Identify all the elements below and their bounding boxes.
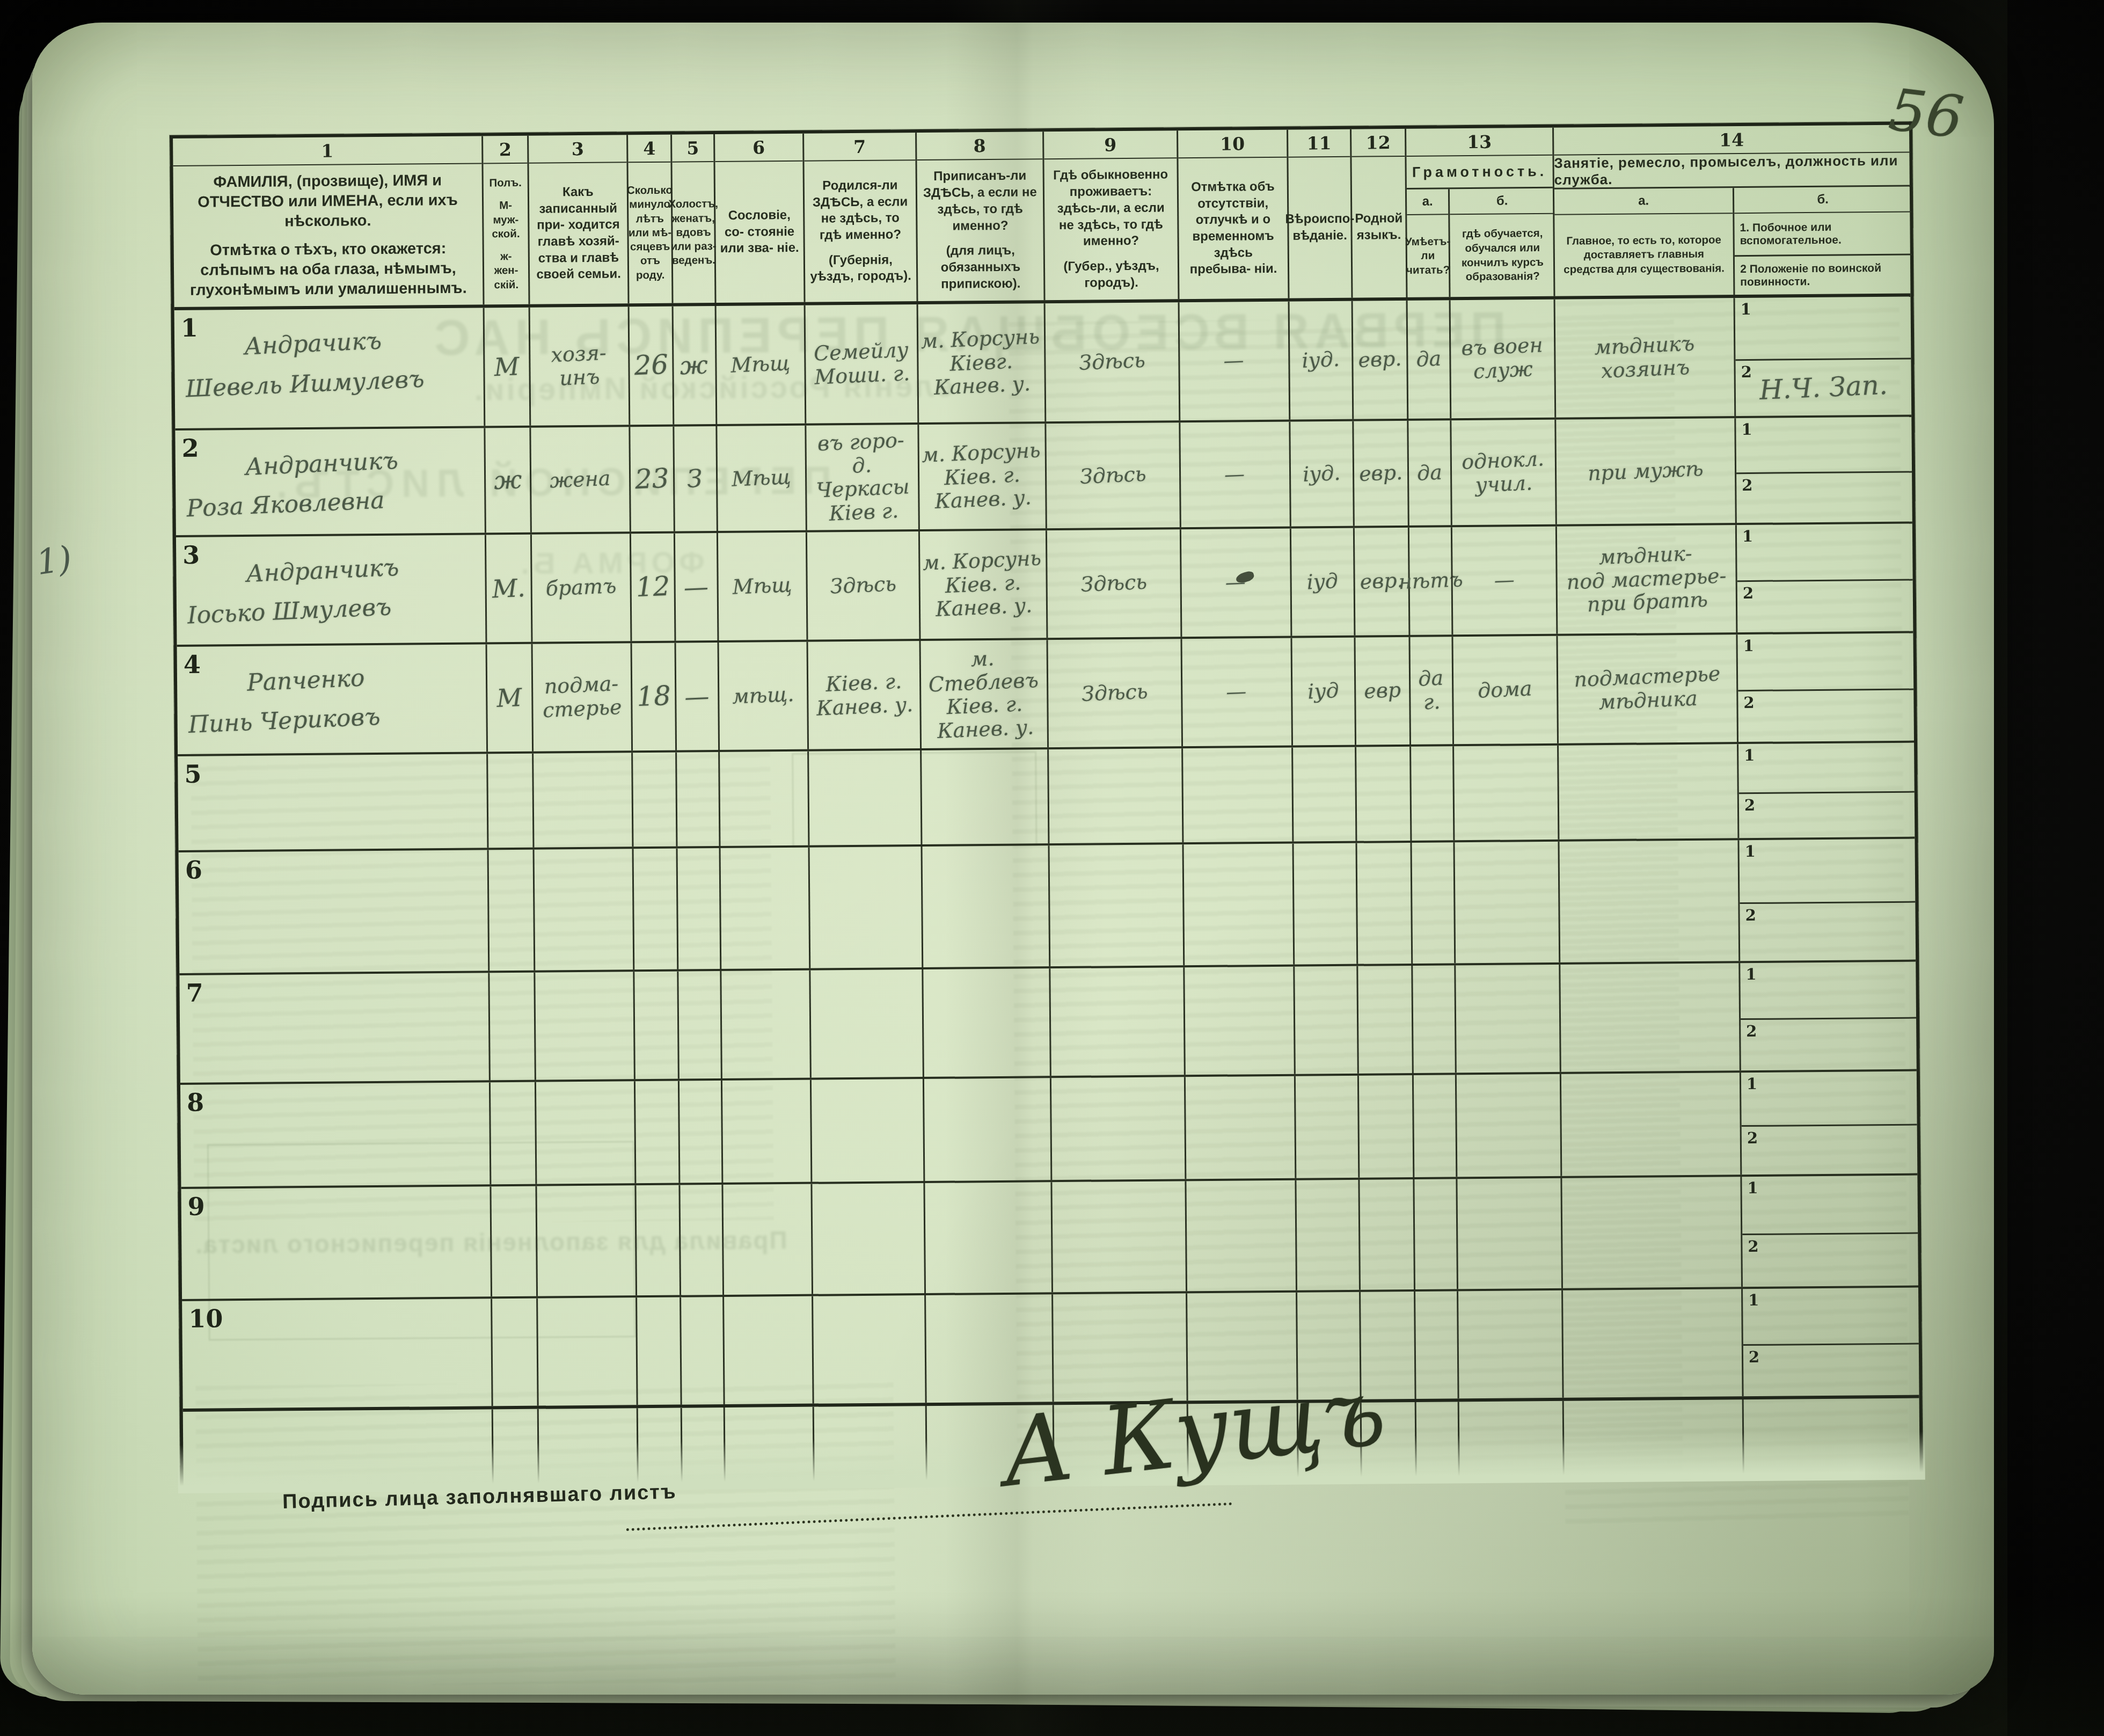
handwritten-entry: Мѣщ [730, 352, 791, 377]
cell-occupation: подмастерье мѣдника [1556, 634, 1737, 743]
cell-name: 3АндранчикъІосько Шмулевъ [176, 535, 486, 645]
handwritten-entry: въ горо- д. Черкасы Кіев г. [807, 428, 917, 527]
header-text: Сословіе, со- стояніе или зва- ніе. [720, 207, 799, 257]
printed-sub-number: 2 [1742, 476, 1752, 494]
printed-sub-number: 2 [1747, 1129, 1758, 1147]
cell-reads [1414, 1291, 1458, 1399]
edge-shading [0, 1596, 2104, 1736]
occupation-subcol-a: а. Главное, то есть то, которое доставля… [1554, 188, 1735, 296]
printed-sub-number: 1 [1741, 420, 1752, 439]
cell-occupation [1557, 744, 1737, 840]
cell-estate: Мѣщ [715, 426, 806, 531]
subcol-text: гдѣ обучается, обучался или кончилъ курс… [1450, 214, 1555, 297]
cell-language [1355, 747, 1410, 841]
cell-estate: Мѣщ [717, 533, 807, 640]
handwritten-entry: 18 [636, 681, 671, 713]
cell-language: евр [1354, 637, 1409, 745]
cell-religion [1291, 747, 1355, 842]
cell-school: въ воен служ [1449, 300, 1555, 419]
handwritten-entry: Семейлу Моши. г. [813, 338, 910, 389]
handwritten-entry: мѣдникъ хозяинъ [1594, 332, 1696, 383]
handwritten-entry: Мѣщ [732, 573, 792, 599]
row-number: 3 [182, 541, 200, 570]
cell-estate [720, 971, 810, 1078]
literacy-title: Грамотность. [1406, 156, 1552, 189]
cell-language [1358, 1179, 1414, 1290]
handwritten-entry: да [1416, 461, 1443, 485]
literacy-subcol-b: б. гдѣ обучается, обучался или кончилъ к… [1450, 188, 1555, 297]
printed-sub-number: 2 [1743, 694, 1754, 712]
cell-sex: ж [484, 428, 530, 533]
cell-age [635, 1297, 681, 1405]
scanned-census-page: ПЕРВАЯ ВСЕОБЩАЯ ПЕРЕПИСЬ НАС еленія Росс… [0, 0, 2104, 1736]
cell-sex: М [486, 644, 532, 752]
handwritten-entry: — [684, 682, 711, 711]
row-number: 10 [188, 1304, 223, 1333]
cell-reads [1413, 1179, 1457, 1289]
cell-language: евр. [1352, 421, 1408, 526]
name-line-2: Пинь Чериковъ [188, 703, 381, 739]
cell-relation [535, 1081, 634, 1184]
header-text: Сколько минуло лѣтъ или мѣ- сяцевъ отъ р… [627, 184, 673, 282]
handwritten-entry: Мѣщ [731, 465, 791, 491]
handwritten-entry: евр [1363, 679, 1401, 704]
printed-sub-number: 1 [1742, 527, 1753, 545]
cell-born: Семейлу Моши. г. [804, 304, 918, 424]
cell-estate [721, 1184, 812, 1295]
column-number: 4 [628, 135, 670, 163]
column-number: 14 [1554, 125, 1909, 156]
handwritten-entry: подма- стерье [542, 672, 623, 723]
handwritten-entry: Кіев. г. Канев. у. [815, 669, 914, 720]
header-text: Отмѣтка объ отсутствіи, отлучкѣ и о врем… [1183, 179, 1283, 279]
subcol-text: Умѣетъ- ли читать? [1407, 215, 1449, 297]
cell-absence: — [1180, 529, 1291, 637]
name-line-1: Андранчикъ [245, 555, 399, 588]
cell-marital [677, 971, 721, 1079]
printed-sub-number: 1 [1748, 1291, 1759, 1309]
row-number: 5 [184, 760, 201, 789]
cell-marital [676, 848, 720, 969]
printed-sub-number: 2 [1741, 363, 1751, 381]
column-number: 12 [1351, 129, 1405, 157]
cell-sex [491, 1299, 537, 1406]
cell-name: 6 [179, 850, 488, 973]
handwritten-entry: мѣщ. [732, 683, 794, 709]
column-number: 1 [173, 136, 481, 166]
printed-sub-number: 2 [1746, 1022, 1757, 1040]
row-number: 6 [185, 856, 202, 885]
handwritten-entry: ж [680, 351, 710, 380]
cell-reads [1411, 965, 1455, 1073]
header-col-age: 4 Сколько минуло лѣтъ или мѣ- сяцевъ отъ… [626, 135, 671, 304]
subcol-text: Главное, то есть то, которое доставляетъ… [1554, 214, 1733, 296]
cell-school [1457, 1290, 1562, 1399]
cell-relation [534, 972, 634, 1079]
subcol-label: б. [1450, 188, 1554, 215]
name-line-1: Рапченко [246, 665, 365, 697]
printed-sub-number: 2 [1743, 584, 1754, 602]
cell-school [1456, 1178, 1561, 1289]
cell-born [810, 1079, 923, 1182]
handwritten-entry: З [686, 464, 704, 493]
cell-language [1356, 966, 1412, 1074]
column-number: 2 [483, 136, 527, 164]
cell-school [1454, 965, 1560, 1073]
cell-sex: М. [485, 535, 531, 643]
cell-language: евр. [1351, 301, 1407, 419]
cell-religion: іуд. [1289, 421, 1353, 527]
cell-born [810, 1183, 924, 1294]
cell-sex [486, 754, 532, 848]
header-text: Какъ записанный при- ходится главѣ хозяй… [534, 184, 623, 283]
handwritten-entry: М [496, 683, 523, 713]
printed-sub-number: 1 [1747, 1075, 1757, 1093]
header-col-birthplace: 7 Родился-ли ЗДѢСЬ, а если не здѣсь, то … [802, 133, 916, 302]
handwritten-entry: — [1494, 568, 1515, 593]
cell-estate [718, 752, 808, 846]
handwritten-entry: мѣдник- под мастерье- при братѣ [1565, 541, 1728, 618]
printed-sub-number: 1 [1744, 746, 1755, 764]
handwritten-entry: евр. [1358, 461, 1403, 486]
row-number: 4 [184, 650, 201, 679]
row-number: 7 [186, 979, 203, 1008]
handwritten-entry: однокл. учил. [1461, 447, 1545, 498]
header-col-literacy: 13 Грамотность. а. Умѣетъ- ли читать? б.… [1405, 128, 1553, 297]
header-note: М-муж-ской. [488, 199, 524, 241]
cell-absence [1184, 1076, 1295, 1179]
cell-sex: М [483, 308, 530, 426]
cell-name: 8 [180, 1082, 490, 1187]
cell-school [1452, 746, 1558, 841]
cell-age: 26 [628, 307, 673, 425]
cell-religion: іуд. [1288, 301, 1353, 420]
cell-absence: — [1179, 422, 1290, 528]
literacy-subcol-a: а. Умѣетъ- ли читать? [1407, 189, 1451, 297]
cell-relation [535, 1185, 635, 1296]
cell-age: 18 [631, 643, 676, 751]
header-col-language: 12 Родной языкъ. [1350, 129, 1406, 298]
handwritten-entry: подмастерье мѣдника [1573, 662, 1721, 716]
printed-sub-number: 1 [1743, 637, 1754, 655]
cell-name: 9 [181, 1186, 491, 1299]
handwritten-entry: — [683, 572, 710, 602]
header-text: Холостъ, женатъ, вдовъ или раз- веденъ. [668, 197, 719, 268]
cell-age [633, 972, 678, 1079]
cell-age [632, 849, 677, 970]
handwritten-entry: братъ [545, 574, 617, 601]
cell-name: 2АндранчикъРоза Яковлевна [175, 428, 485, 535]
cell-estate [722, 1296, 813, 1404]
column-number: 3 [529, 135, 626, 163]
column-number: 13 [1406, 128, 1552, 157]
cell-marital: ж [672, 306, 716, 425]
cell-absence [1185, 1180, 1296, 1292]
cell-religion: іуд [1290, 638, 1355, 746]
column-number: 6 [715, 134, 802, 162]
cell-absence: — [1178, 302, 1289, 421]
cell-born [812, 1295, 925, 1404]
handwritten-entry: жена [550, 466, 611, 492]
header-note: ж-жен-скій. [488, 250, 524, 292]
cell-occupation [1560, 1177, 1741, 1288]
cell-reads [1412, 1075, 1456, 1177]
cell-name: 1АндрачикъШевель Ишмулевъ [174, 308, 484, 428]
cell-reads: да [1406, 300, 1450, 419]
handwritten-entry: — [1225, 680, 1248, 704]
cell-occupation [1561, 1289, 1742, 1398]
header-text: Родился-ли ЗДѢСЬ, а если не здѣсь, то гд… [809, 177, 912, 244]
cell-marital [675, 752, 719, 847]
handwritten-entry: іуд. [1302, 461, 1341, 486]
cell-occupation: мѣдник- под мастерье- при братѣ [1555, 525, 1736, 634]
fold-shadow [945, 0, 1106, 1736]
row-number: 2 [181, 434, 199, 463]
cell-age [634, 1081, 678, 1184]
cell-occupation: при мужѣ [1554, 418, 1735, 524]
subcol-label: а. [1554, 188, 1733, 215]
row-number: 9 [188, 1192, 205, 1221]
cell-religion [1294, 1076, 1358, 1178]
cell-estate [721, 1080, 810, 1183]
cell-occupation [1558, 840, 1738, 962]
handwritten-entry: 23 [634, 463, 670, 495]
cell-absence [1182, 844, 1293, 966]
handwritten-entry: евр. [1357, 347, 1402, 373]
edge-shading [1857, 0, 2007, 1736]
printed-sub-number: 2 [1744, 796, 1755, 814]
column-number: 10 [1178, 130, 1287, 159]
cell-age: 23 [629, 427, 674, 532]
cell-occupation: мѣдникъ хозяинъ [1554, 298, 1735, 418]
header-col-surname: 1 ФАМИЛІЯ, (прозвище), ИМЯ и ОТЧЕСТВО ил… [173, 136, 483, 307]
column-number: 11 [1288, 129, 1350, 158]
cell-reads [1409, 746, 1453, 841]
cell-born [808, 847, 922, 968]
cell-born: въ горо- д. Черкасы Кіев г. [805, 425, 918, 530]
printed-sub-number: 2 [1749, 1348, 1759, 1366]
cell-religion [1295, 1180, 1359, 1290]
handwritten-entry: іуд [1306, 570, 1339, 594]
handwritten-entry: евр. [1360, 569, 1404, 594]
cell-relation: жена [529, 427, 630, 532]
cell-born: Здѣсь [806, 531, 919, 640]
header-col-absence: 10 Отмѣтка объ отсутствіи, отлучкѣ и о в… [1177, 130, 1288, 300]
cell-marital [678, 1081, 721, 1183]
cell-absence: — [1180, 638, 1291, 747]
cell-sex [488, 973, 535, 1081]
handwritten-entry: іуд [1307, 679, 1340, 704]
header-col-religion: 11 Вѣроиспо- вѣданіе. [1287, 129, 1351, 298]
cell-reads [1410, 842, 1454, 964]
cell-marital: — [675, 643, 719, 750]
cell-name: 4РапченкоПинь Чериковъ [177, 644, 487, 754]
header-text: ФАМИЛІЯ, (прозвище), ИМЯ и ОТЧЕСТВО или … [178, 170, 478, 232]
margin-mark: 1) [34, 539, 74, 583]
cell-name: 10 [182, 1299, 492, 1409]
header-text: Родной языкъ. [1355, 210, 1402, 244]
handwritten-entry: М [494, 352, 520, 382]
cell-age: 12 [630, 534, 675, 641]
name-line-2: Роза Яковлевна [186, 487, 385, 522]
printed-sub-number: 1 [1744, 842, 1755, 860]
handwritten-entry: 26 [633, 349, 669, 382]
cell-religion [1293, 966, 1357, 1074]
cell-absence [1183, 967, 1294, 1075]
cell-reads: да [1407, 420, 1451, 526]
cell-relation [536, 1297, 637, 1405]
handwritten-entry: ж [493, 465, 523, 495]
name-line-2: Іосько Шмулевъ [187, 594, 392, 630]
header-text: Вѣроиспо- вѣданіе. [1285, 211, 1354, 244]
column-number: 5 [672, 134, 713, 163]
cell-relation: хозя- инъ [529, 307, 629, 425]
cell-absence [1181, 748, 1292, 843]
row-number: 8 [187, 1088, 204, 1117]
occupation-title: Занятіе, ремесло, промыселъ, должность и… [1554, 153, 1909, 189]
handwritten-entry: да г. [1418, 667, 1445, 714]
name-line-2: Шевель Ишмулевъ [185, 366, 425, 403]
cell-name: 7 [179, 973, 489, 1083]
printed-sub-number: 2 [1748, 1237, 1758, 1256]
cell-age [634, 1185, 680, 1296]
cell-born [809, 969, 923, 1078]
cell-school [1453, 842, 1559, 964]
header-col-marital: 5 Холостъ, женатъ, вдовъ или раз- веденъ… [670, 134, 714, 303]
handwritten-entry: при мужѣ [1587, 457, 1704, 486]
header-note: Отмѣтка о тѣхъ, кто окажется: слѣпымъ на… [178, 239, 479, 301]
cell-relation [533, 849, 633, 970]
cell-born: Кіев. г. Канев. у. [806, 641, 920, 749]
cell-relation: братъ [530, 534, 631, 641]
cell-religion [1292, 843, 1356, 965]
cell-sex [490, 1186, 536, 1297]
subcol-label: а. [1407, 189, 1448, 215]
printed-sub-number: 1 [1741, 300, 1751, 318]
handwritten-entry: — [1224, 462, 1246, 486]
header-col-sex: 2 Полъ. М-муж-ской. ж-жен-скій. [481, 136, 528, 305]
handwritten-entry: 12 [635, 571, 670, 603]
cell-relation [532, 753, 632, 847]
cell-estate: Мѣщ [715, 305, 805, 424]
cell-reads: да г. [1408, 637, 1452, 745]
cell-school: дома [1451, 636, 1557, 745]
handwritten-entry: Здѣсь [830, 572, 897, 599]
handwritten-entry: іуд. [1302, 348, 1340, 373]
handwritten-entry: въ воен служ [1461, 334, 1545, 384]
cell-marital: — [674, 533, 718, 641]
cell-estate [719, 848, 809, 969]
handwritten-entry: дома [1478, 677, 1533, 703]
cell-school: — [1451, 527, 1557, 635]
cell-sex [489, 1082, 535, 1185]
header-note: (Губернія, уѣздъ, городъ). [809, 252, 912, 286]
cell-relation: подма- стерье [531, 643, 632, 751]
cell-language [1355, 843, 1411, 964]
handwritten-entry: хозя- инъ [551, 341, 608, 391]
cell-school [1455, 1074, 1560, 1177]
cell-sex [487, 850, 534, 971]
cell-language [1357, 1075, 1413, 1178]
cell-marital [678, 1185, 722, 1295]
handwritten-entry: да [1416, 347, 1442, 372]
column-number: 7 [804, 133, 915, 162]
cell-age [631, 753, 676, 847]
cell-reads: нѣтъ [1408, 527, 1452, 635]
row-number: 1 [181, 313, 198, 342]
header-text: Полъ. [489, 176, 522, 191]
cell-born [807, 750, 920, 845]
handwritten-entry: М. [492, 573, 526, 603]
cell-school: однокл. учил. [1450, 420, 1555, 526]
cell-occupation [1559, 963, 1740, 1072]
cell-religion: іуд [1290, 528, 1354, 636]
printed-sub-number: 2 [1745, 906, 1756, 924]
cell-marital [680, 1297, 724, 1405]
name-line-1: Андрачикъ [244, 328, 382, 361]
cell-name: 5 [178, 754, 487, 850]
printed-sub-number: 1 [1747, 1179, 1758, 1197]
printed-sub-number: 1 [1745, 965, 1756, 983]
header-col-estate: 6 Сословіе, со- стояніе или зва- ніе. [713, 134, 803, 303]
handwritten-entry: — [1223, 349, 1245, 373]
header-col-relation: 3 Какъ записанный при- ходится главѣ хоз… [527, 135, 627, 304]
name-line-1: Андранчикъ [245, 448, 399, 482]
cell-occupation [1560, 1073, 1740, 1176]
cell-marital: З [673, 426, 717, 531]
cell-estate: мѣщ. [718, 642, 808, 750]
